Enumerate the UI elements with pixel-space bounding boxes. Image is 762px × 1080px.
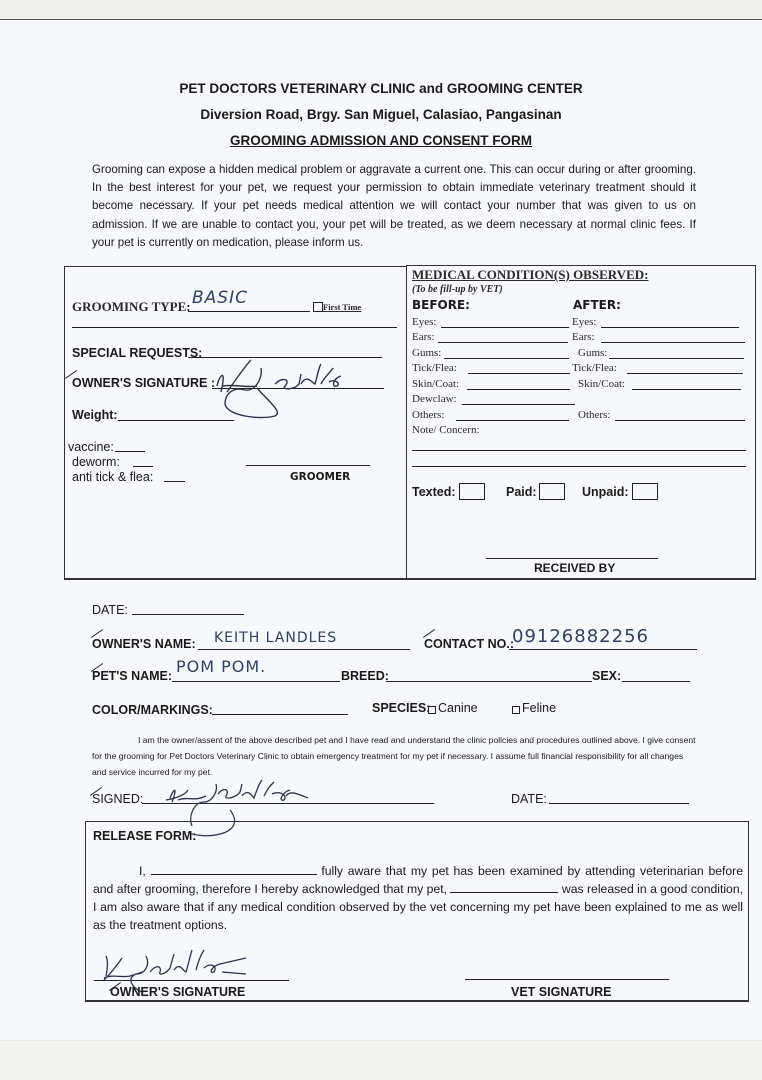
pet-name-label: PET'S NAME: (92, 669, 172, 683)
texted-label: Texted: (412, 485, 456, 499)
vaccine-label: vaccine: (68, 440, 114, 454)
before-row-field[interactable] (444, 358, 569, 359)
release-paragraph: I, fully aware that my pet has been exam… (93, 862, 743, 934)
grooming-type-field[interactable] (188, 311, 310, 312)
deworm-field[interactable] (133, 466, 153, 467)
anti-tick-flea-label: anti tick & flea: (72, 470, 153, 484)
release-owner-signature-label: OWNER'S SIGNATURE (110, 985, 245, 999)
unpaid-checkbox[interactable] (632, 483, 658, 500)
scan-bottom-edge (0, 1040, 762, 1080)
before-row-label: Gums: (412, 347, 441, 359)
texted-checkbox[interactable] (459, 483, 485, 500)
vet-signature-label: VET SIGNATURE (511, 985, 611, 999)
contact-value: 09126882256 (512, 626, 649, 647)
before-row-label: Dewclaw: (412, 393, 457, 405)
medical-title: MEDICAL CONDITION(S) OBSERVED: (412, 267, 648, 283)
color-markings-label: COLOR/MARKINGS: (92, 703, 213, 717)
deworm-label: deworm: (72, 455, 120, 469)
pet-name-field[interactable] (172, 681, 340, 682)
before-label: BEFORE: (412, 298, 470, 312)
first-time-label: First Time (323, 302, 361, 312)
note-line-2[interactable] (412, 466, 746, 467)
signed-label: SIGNED: (92, 792, 143, 806)
date-field[interactable] (132, 614, 244, 615)
clinic-name: PET DOCTORS VETERINARY CLINIC and GROOMI… (0, 81, 762, 96)
before-row-field[interactable] (438, 342, 568, 343)
owner-name-label: OWNER'S NAME: (92, 637, 196, 651)
after-row-field[interactable] (627, 373, 743, 374)
contact-label: CONTACT NO.: (424, 637, 514, 651)
after-row-field[interactable] (601, 342, 745, 343)
release-text-part1: I, (139, 864, 146, 878)
after-row-label: Skin/Coat: (578, 378, 625, 390)
date-label: DATE: (92, 603, 128, 617)
before-row-field[interactable] (441, 327, 569, 328)
weight-field[interactable] (118, 420, 234, 421)
sex-field[interactable] (622, 681, 690, 682)
contact-field[interactable] (509, 649, 697, 650)
signature-loop-stroke (150, 810, 250, 840)
consent-date-label: DATE: (511, 792, 547, 806)
weight-label: Weight: (72, 408, 118, 422)
after-row-label: Gums: (578, 347, 607, 359)
canine-checkbox[interactable] (428, 706, 436, 714)
paid-label: Paid: (506, 485, 537, 499)
before-row-label: Skin/Coat: (412, 378, 459, 390)
before-row-label: Ears: (412, 331, 435, 343)
after-row-field[interactable] (601, 327, 739, 328)
form-title-text: GROOMING ADMISSION AND CONSENT FORM (230, 133, 532, 148)
before-row-label: Others: (412, 409, 444, 421)
paid-checkbox[interactable] (539, 483, 565, 500)
release-owner-name-field[interactable] (151, 863, 317, 875)
unpaid-label: Unpaid: (582, 485, 629, 499)
before-row-label: Tick/Flea: (412, 362, 457, 374)
canine-label: Canine (438, 701, 478, 715)
scan-top-edge (0, 0, 762, 20)
release-pet-name-field[interactable] (450, 881, 558, 893)
before-row-label: Eyes: (412, 316, 436, 328)
consent-paragraph: I am the owner/assent of the above descr… (92, 732, 698, 780)
before-row-field[interactable] (467, 389, 570, 390)
after-row-label: Tick/Flea: (572, 362, 617, 374)
intro-paragraph: Grooming can expose a hidden medical pro… (92, 161, 696, 252)
before-row-field[interactable] (468, 373, 570, 374)
special-requests-label: SPECIAL REQUESTS: (72, 346, 202, 360)
form-title: GROOMING ADMISSION AND CONSENT FORM (0, 133, 762, 148)
received-by-label: RECEIVED BY (534, 561, 615, 575)
before-row-field[interactable] (456, 420, 569, 421)
medical-box (406, 265, 756, 580)
color-markings-field[interactable] (212, 714, 348, 715)
pet-name-value: POM POM. (176, 657, 266, 676)
sex-label: SEX: (592, 669, 621, 683)
groomer-signature-field[interactable] (246, 465, 370, 466)
grooming-type-value: BASIC (192, 288, 248, 308)
owner-signature-label: OWNER'S SIGNATURE : (72, 376, 215, 390)
owner-signature-scribble (205, 356, 355, 436)
vaccine-field[interactable] (115, 451, 145, 452)
after-row-field[interactable] (632, 389, 741, 390)
after-row-label: Eyes: (572, 316, 596, 328)
anti-tick-flea-field[interactable] (164, 481, 185, 482)
vet-signature-field[interactable] (465, 979, 669, 980)
feline-label: Feline (522, 701, 556, 715)
medical-subtitle: (To be fill-up by VET) (412, 284, 503, 295)
owner-name-value: KEITH LANDLES (214, 630, 337, 646)
after-row-label: Others: (578, 409, 610, 421)
first-time-checkbox[interactable] (313, 302, 323, 312)
groomer-label: GROOMER (290, 471, 350, 483)
before-row-field[interactable] (462, 404, 575, 405)
feline-checkbox[interactable] (512, 706, 520, 714)
after-row-field[interactable] (615, 420, 745, 421)
consent-date-field[interactable] (549, 803, 689, 804)
after-row-label: Ears: (572, 331, 595, 343)
grooming-type-label: GROOMING TYPE: (72, 299, 191, 315)
note-line-1[interactable] (412, 450, 746, 451)
grooming-extra-line[interactable] (72, 327, 397, 328)
species-label: SPECIES: (372, 701, 430, 715)
breed-field[interactable] (386, 681, 592, 682)
after-label: AFTER: (573, 298, 621, 312)
note-concern-label: Note/ Concern: (412, 424, 480, 436)
after-row-field[interactable] (609, 358, 744, 359)
breed-label: BREED: (341, 669, 389, 683)
owner-name-field[interactable] (198, 649, 410, 650)
clinic-address: Diversion Road, Brgy. San Miguel, Calasi… (0, 107, 762, 122)
received-by-field[interactable] (486, 558, 658, 559)
